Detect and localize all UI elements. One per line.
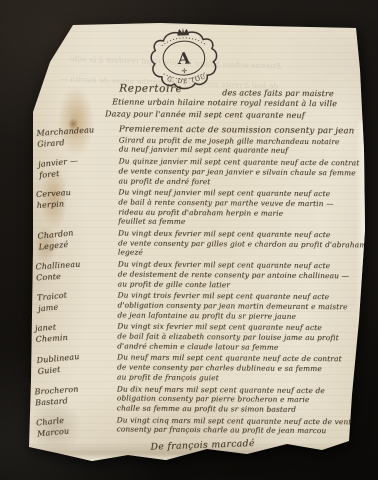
entry-lines: Du vingt six fevrier mil sept cent quara… [117, 322, 363, 353]
register-entry: Traicotjame Du vingt trois fevrier mil s… [0, 290, 378, 322]
margin-name: Girard [37, 135, 95, 150]
margin-names: ChardonLegezé [37, 227, 75, 252]
title-word: Repertoire [119, 82, 182, 94]
entry-line: du neuf janvier mil sept cent quarante n… [119, 145, 365, 157]
entry-lines: Du quinze janvier mil sept cent quarante… [118, 157, 364, 188]
margin-names: CharleMarcou [36, 414, 70, 439]
register-entry: ChardonLegezé Du vingt deux fevrier mil … [0, 228, 378, 260]
margin-name: Conte [36, 270, 82, 284]
entry-line: feuillet sa femme [118, 217, 364, 229]
entry-line: au profit de françois guiet [117, 372, 363, 384]
margin-name: foret [39, 166, 80, 181]
entry-lines: Du vingt neuf janvier mil sept cent quar… [118, 188, 364, 229]
margin-names: BrocheronBastard [34, 383, 79, 408]
entry-line: de jean lafontaine au profit du sr pierr… [117, 310, 363, 322]
entry-lines: Du neuf mars mil sept cent quarante neuf… [117, 353, 363, 384]
entry-lines: Premierement acte de soumission consenty… [119, 125, 365, 156]
entry-line: au profit de andré foret [118, 176, 364, 188]
register-entry: janetChemin Du vingt six fevrier mil sep… [0, 321, 377, 353]
header-line: des actes faits par maistre [222, 88, 334, 98]
margin-names: Traicotjame [37, 290, 69, 315]
register-entry: BrocheronBastard Du dix neuf mars mil se… [0, 383, 377, 415]
margin-names: ChallineauConte [35, 259, 81, 284]
margin-name: Chemin [35, 332, 68, 345]
margin-name: Bastard [35, 394, 80, 408]
register-entry: DublineauGuiet Du neuf mars mil sept cen… [0, 352, 377, 384]
register-entry: Cerveauherpin Du vingt neuf janvier mil … [0, 187, 378, 229]
entry-lines: Du dix neuf mars mil sept cent quarante … [117, 384, 363, 415]
margin-names: Cerveauherpin [36, 187, 72, 211]
header-line: Etienne urbain hilaire notaire royal res… [112, 97, 337, 108]
register-entry: MarchandeauGirard Premierement acte de s… [1, 125, 378, 157]
signature-line: De françois marcadé [150, 434, 376, 453]
margin-names: janetChemin [35, 321, 69, 345]
margin-names: DublineauGuiet [36, 351, 81, 377]
entry-lines: Du vingt deux fevrier mil sept cent quar… [118, 228, 364, 259]
entry-lines: Du vingt cinq mars mil sept cent quarant… [116, 415, 362, 436]
margin-name: Marcou [37, 425, 70, 439]
entry-line: challe sa femme au profit du sr simon ba… [117, 403, 363, 415]
manuscript-text: Repertoire des actes faits par maistre E… [0, 0, 378, 480]
margin-name: herpin [36, 198, 72, 211]
entry-line: legezé [118, 248, 364, 260]
register-entry: ChallineauConte Du vingt deux fevrier mi… [0, 259, 378, 291]
margin-name: jame [38, 301, 69, 315]
margin-name: Legezé [38, 238, 75, 252]
entry-line: d'andré chemin e claude latour sa femme [117, 341, 363, 353]
entry-lines: Du vingt deux fevrier mil sept cent quar… [118, 260, 364, 291]
margin-name: Brocheron [34, 383, 79, 397]
register-entry: janvier —foret Du quinze janvier mil sep… [0, 156, 378, 188]
register-entry: CharleMarcou Du vingt cinq mars mil sept… [0, 414, 377, 436]
entries: MarchandeauGirard Premierement acte de s… [0, 125, 378, 450]
header-line: Dazay pour l'année mil sept cent quarant… [105, 109, 305, 120]
margin-name: Guiet [37, 362, 81, 377]
entry-lines: Du vingt trois fevrier mil sept cent qua… [117, 291, 363, 322]
entry-line: au profit de gille conte latier [118, 279, 364, 291]
manuscript-paper: Etienne urbain hilaire notaire royal res… [0, 0, 378, 480]
margin-names: MarchandeauGirard [36, 124, 95, 150]
paper-sheet-wrap: Etienne urbain hilaire notaire royal res… [0, 0, 378, 480]
margin-names: janvier —foret [38, 155, 80, 181]
photograph-background: Etienne urbain hilaire notaire royal res… [0, 0, 378, 480]
